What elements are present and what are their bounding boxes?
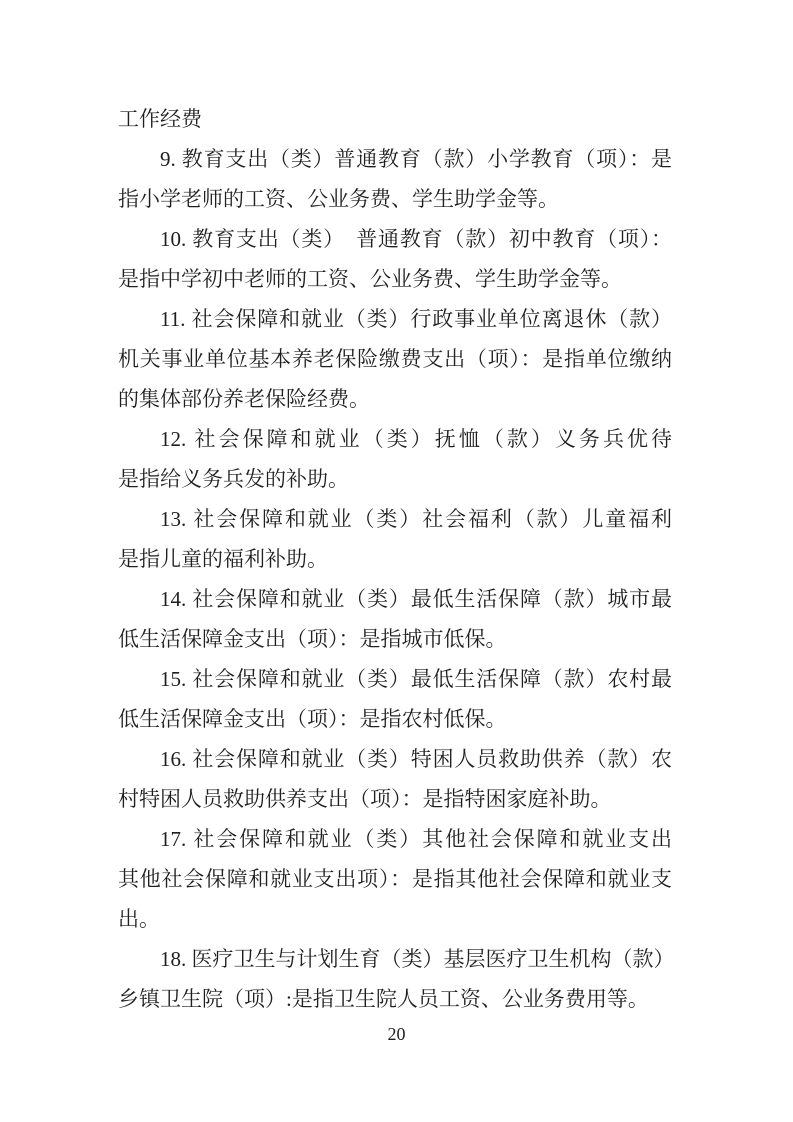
- text-line: 其他社会保障和就业支出项）：是指其他社会保障和就业支: [118, 859, 672, 899]
- text-line: 16. 社会保障和就业（类）特困人员救助供养（款）农: [118, 739, 672, 779]
- text-line: 低生活保障金支出（项）：是指农村低保。: [118, 699, 672, 739]
- text-line: 低生活保障金支出（项）：是指城市低保。: [118, 619, 672, 659]
- text-line: 9. 教育支出（类）普通教育（款）小学教育（项）：是: [118, 139, 672, 179]
- text-line: 18. 医疗卫生与计划生育（类）基层医疗卫生机构（款）: [118, 939, 672, 979]
- text-line: 17. 社会保障和就业（类）其他社会保障和就业支出（款）: [118, 819, 672, 859]
- text-line: 是指给义务兵发的补助。: [118, 459, 672, 499]
- text-line: 是指儿童的福利补助。: [118, 539, 672, 579]
- text-line: 村特困人员救助供养支出（项）：是指特困家庭补助。: [118, 779, 672, 819]
- text-line: 12. 社会保障和就业（类）抚恤（款）义务兵优待（项）:: [118, 419, 672, 459]
- text-line: 是指中学初中老师的工资、公业务费、学生助学金等。: [118, 259, 672, 299]
- text-line: 13. 社会保障和就业（类）社会福利（款）儿童福利（项）:: [118, 499, 672, 539]
- document-page: 工作经费9. 教育支出（类）普通教育（款）小学教育（项）：是指小学老师的工资、公…: [0, 0, 793, 1122]
- text-line: 指小学老师的工资、公业务费、学生助学金等。: [118, 179, 672, 219]
- text-line: 10. 教育支出（类） 普通教育（款）初中教育（项）：: [118, 219, 672, 259]
- text-line: 15. 社会保障和就业（类）最低生活保障（款）农村最: [118, 659, 672, 699]
- text-line: 乡镇卫生院（项）:是指卫生院人员工资、公业务费用等。: [118, 979, 672, 1019]
- text-line: 机关事业单位基本养老保险缴费支出（项）：是指单位缴纳: [118, 339, 672, 379]
- text-line: 出。: [118, 899, 672, 939]
- text-line: 的集体部份养老保险经费。: [118, 379, 672, 419]
- text-line: 11. 社会保障和就业（类）行政事业单位离退休（款）: [118, 299, 672, 339]
- text-line: 14. 社会保障和就业（类）最低生活保障（款）城市最: [118, 579, 672, 619]
- text-block: 工作经费9. 教育支出（类）普通教育（款）小学教育（项）：是指小学老师的工资、公…: [118, 99, 672, 1019]
- page-number: 20: [0, 1024, 793, 1045]
- text-line: 工作经费: [118, 99, 672, 139]
